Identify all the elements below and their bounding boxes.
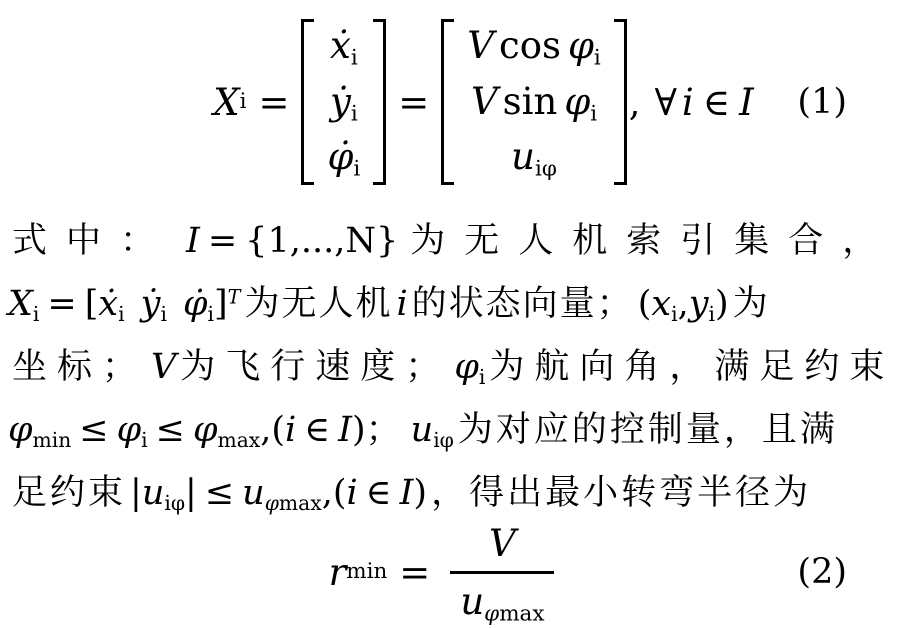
index-symbol: i [346,473,357,513]
matrix-column: VcosφiVsinφiuiφ [454,19,614,186]
phi-min-symbol: φ [8,410,33,450]
phi-symbol: φ [568,24,594,67]
control-symbol: u [411,410,434,450]
abs-bar-right: | [185,473,197,513]
subscript: i [590,101,597,126]
phi-symbol: φ [117,410,142,450]
matrix-row: Vcosφi [467,27,601,66]
state-vector-symbol: X [8,284,33,324]
subscript-phi-max: φmax [484,601,544,626]
abs-bar-left: | [130,473,142,513]
sin-function: sin [503,80,558,123]
matrix-row: uiφ [511,138,557,177]
index-symbol: i [682,81,694,124]
cos-function: cos [499,24,561,67]
text-run: 为对应的控制量，且满 [458,410,838,450]
y-dot: ẏ [330,80,351,123]
equation-2: rmin=Vuφmax (2) [0,525,919,619]
element-of-symbol: ∈ [703,81,730,124]
fraction: Vuφmax [450,523,554,622]
set-symbol: I [400,473,414,513]
comma: , [629,81,641,124]
subscript-max: max [499,601,544,626]
x-dot: ẋ [98,284,118,324]
equals-sign: = [208,221,237,261]
subscript-phi: φ [265,491,279,515]
subscript: iφ [433,428,454,452]
equals-sign: = [398,81,429,124]
text-run: 为航向角，满足约束 [489,347,894,387]
fraction-denominator: uφmax [450,571,554,622]
phi-dot: φ̇ [327,135,353,178]
set-symbol: I [186,221,200,261]
phi-symbol: φ [564,80,590,123]
matrix-dynamics: VcosφiVsinφiuiφ [441,19,627,186]
matrix-state-derivatives: ẋiẏiφ̇i [301,19,386,186]
speed-symbol: V [471,80,498,123]
index-symbol: i [285,410,296,450]
comma: , [678,284,689,324]
element-of-symbol: ∈ [366,473,392,513]
radius-symbol: r [329,551,347,594]
paren-semicolon: )； [352,410,401,450]
equation-1: Xi=ẋiẏiφ̇i=VcosφiVsinφiuiφ,∀i∈I (1) [0,0,919,204]
paragraph-line-1: 式中：I={1,...,N}为无人机索引集合， [8,210,911,273]
inline-math: I={1,...,N} [186,221,398,261]
phi-dot: φ̇ [183,284,208,324]
subscript: i [353,157,360,182]
subscript-phi-max: φmax [265,491,322,515]
subscript: i [118,302,125,326]
forall-symbol: ∀ [655,81,677,124]
speed-symbol: V [151,347,176,387]
matrix-column: ẋiẏiφ̇i [314,19,373,186]
transpose-symbol: T [228,285,241,308]
set-symbol: I [338,410,352,450]
eq2-number: (2) [797,552,847,592]
paren-right: ) [715,284,729,324]
y-coordinate: y [689,284,709,324]
matrix-bracket-left [441,19,454,186]
eq2-body: rmin=Vuφmax [329,523,555,622]
fraction-numerator: V [483,523,522,571]
eq1-lhs-symbol: X [213,81,239,124]
paragraph-line-5: 足约束|uiφ|≤uφmax,(i∈I)，得出最小转弯半径为 [8,462,911,525]
comma-paren: ,( [260,410,285,450]
less-equal-sign: ≤ [205,473,234,513]
paragraph-line-3: 坐标；V为飞行速度；φi为航向角，满足约束 [8,336,911,399]
x-coordinate: x [651,284,671,324]
phi-max-symbol: φ [193,410,218,450]
text-run: 为无人机索引集合， [410,221,896,261]
less-equal-sign: ≤ [156,410,185,450]
subscript: iφ [535,157,557,182]
matrix-bracket-right [614,19,627,186]
subscript-phi: φ [484,601,499,626]
equals-sign: = [258,81,289,124]
matrix-row: φ̇i [327,138,360,177]
x-dot: ẋ [330,24,351,67]
subscript: i [141,428,148,452]
matrix-bracket-left [301,19,314,186]
eq1-number: (1) [797,82,847,122]
matrix-row: ẏi [330,83,358,122]
text-run: 坐标； [12,347,147,387]
control-max-symbol: u [460,580,484,623]
text-run: 为 [733,284,770,324]
matrix-row: ẋi [330,27,358,66]
subscript: i [33,302,40,326]
bracket-right: ] [214,284,228,324]
bracket-left: [ [85,284,99,324]
comma-paren: ,( [322,473,347,513]
eq1-body: Xi=ẋiẏiφ̇i=VcosφiVsinφiuiφ,∀i∈I [213,19,754,186]
subscript-max: max [279,491,322,515]
subscript: i [479,365,486,389]
page: Xi=ẋiẏiφ̇i=VcosφiVsinφiuiφ,∀i∈I (1) 式中：I… [0,0,919,619]
text-run: 为飞行速度； [180,347,450,387]
subscript: i [160,302,167,326]
matrix-row: Vsinφi [471,83,597,122]
body-paragraph: 式中：I={1,...,N}为无人机索引集合， Xi=[ẋiẏiφ̇i]T为无人… [0,204,919,525]
equals-sign: = [399,551,430,594]
subscript-min: min [33,428,72,452]
control-max-symbol: u [242,473,265,513]
paren-right: ) [413,473,427,513]
paragraph-line-4: φmin≤φi≤φmax,(i∈I)；uiφ为对应的控制量，且满 [8,399,911,462]
text-run: 式中： [12,221,174,261]
index-symbol: i [396,284,407,324]
subscript: i [351,101,358,126]
set-symbol: I [739,81,754,124]
y-dot: ẏ [141,284,161,324]
phi-symbol: φ [454,347,479,387]
equals-sign: = [47,284,76,324]
speed-symbol: V [467,24,494,67]
text-run: ，得出最小转弯半径为 [431,473,811,513]
control-symbol: u [511,135,535,178]
element-of-symbol: ∈ [304,410,330,450]
text-run: 为无人机 [244,284,392,324]
paragraph-line-2: Xi=[ẋiẏiφ̇i]T为无人机i的状态向量；(xi,yi)为 [8,273,911,336]
paren-left: ( [638,284,652,324]
less-equal-sign: ≤ [79,410,108,450]
subscript: i [594,45,601,70]
text-run: 足约束 [12,473,126,513]
subscript: iφ [164,491,185,515]
text-run: 的状态向量； [412,284,634,324]
control-symbol: u [142,473,165,513]
matrix-bracket-right [373,19,386,186]
subscript-max: max [217,428,260,452]
subscript: i [351,45,358,70]
set-definition: {1,...,N} [245,221,398,261]
